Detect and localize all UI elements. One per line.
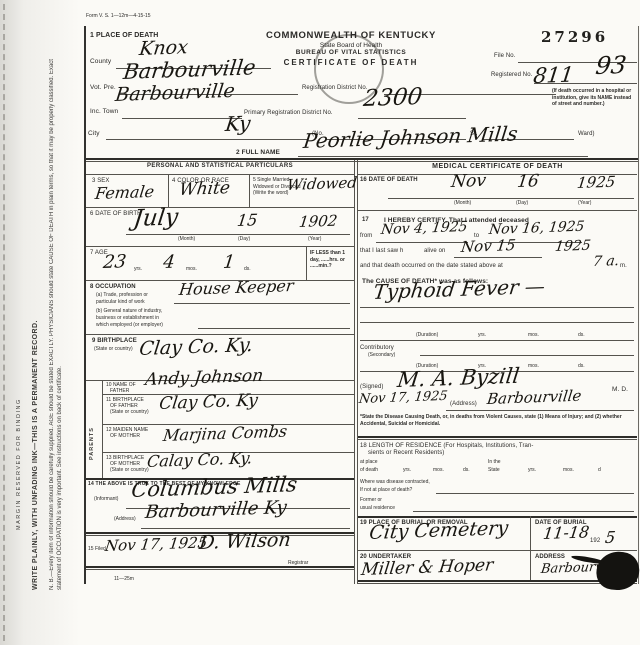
duration1-ds: ds.	[578, 332, 585, 339]
filed-date-value: Nov 17, 1925	[104, 533, 208, 555]
burial-place-value: City Cemetery	[368, 517, 509, 544]
registered-no-label: Registered No.	[491, 72, 532, 80]
certify-to-date: Nov 16, 1925	[488, 219, 585, 238]
date-of-death-month: Nov	[450, 171, 487, 192]
personal-title: PERSONAL AND STATISTICAL PARTICULARS	[86, 163, 354, 171]
birthplace-sublabel: (State or country)	[94, 346, 133, 353]
in-the-label-1: In the	[488, 459, 501, 466]
physician-signature: M. A. Byzill	[396, 364, 521, 392]
last-saw-label: that I last saw h	[360, 248, 403, 256]
city-value: Ky	[224, 111, 252, 136]
header-bureau: BUREAU OF VITAL STATISTICS	[226, 49, 476, 56]
death-occurred-label: and that death occurred on the date stat…	[360, 263, 503, 271]
former-label-1: Former or	[360, 497, 382, 504]
certify-from-date: Nov 4, 1925	[380, 219, 468, 238]
cause-of-death-value: Typhoid Fever —	[372, 274, 546, 304]
dod-day-sublabel: (Day)	[516, 200, 528, 207]
occupation-a-value: House Keeper	[178, 276, 295, 299]
header-board: State Board of Health	[226, 42, 476, 49]
torn-binding-edge	[3, 4, 5, 641]
father-birthplace-value: Clay Co. Ky	[158, 390, 259, 414]
inc-town-label: Inc. Town	[90, 108, 118, 116]
duration1-label: (Duration)	[416, 332, 438, 339]
dob-day-sublabel: (Day)	[238, 236, 250, 243]
occupation-label: 8 OCCUPATION	[90, 284, 136, 292]
dob-day-value: 15	[236, 210, 259, 230]
birthplace-label: 9 BIRTHPLACE	[92, 338, 137, 346]
duration1-yrs: yrs.	[478, 332, 486, 339]
file-no-label: File No.	[494, 53, 515, 61]
county-value: Knox	[138, 36, 189, 60]
race-value: White	[178, 178, 231, 200]
date-of-death-day: 16	[516, 171, 540, 192]
former-label-2: usual residence	[360, 505, 395, 512]
duration2-mos: mos.	[528, 363, 539, 370]
form-number: Form V. S. 1—12m—4-15-15	[86, 13, 151, 20]
residence-yrs-1: yrs.	[403, 467, 411, 474]
registration-district-label: Registration District No.	[302, 85, 368, 93]
informant-address-value: Barbourville Ky	[144, 497, 288, 523]
dod-year-sublabel: (Year)	[578, 200, 591, 207]
age-years-value: 23	[102, 251, 127, 273]
inc-town-value: Barbourville	[114, 80, 236, 106]
filed-label: 15 Filed	[88, 546, 106, 553]
birthplace-value: Clay Co. Ky.	[138, 334, 254, 360]
primary-registration-value: 2300	[362, 84, 424, 112]
full-name-label: 2 FULL NAME	[236, 149, 280, 157]
mother-maiden-value: Marjina Combs	[162, 422, 288, 445]
date-of-death-label: 16 DATE OF DEATH	[360, 177, 418, 185]
dob-month-value: July	[132, 204, 180, 232]
residence-yrs-2: yrs.	[528, 467, 536, 474]
age-yrs-unit: yrs.	[134, 266, 142, 273]
informant-address-label: (Address)	[114, 516, 136, 523]
residence-d-2: d	[598, 467, 601, 474]
age-months-value: 4	[162, 251, 176, 273]
duration1-mos: mos.	[528, 332, 539, 339]
burial-date-value: 11-18	[542, 522, 590, 543]
last-saw-date: Nov 15	[460, 236, 517, 256]
signed-address-value: Barbourville	[486, 387, 583, 408]
dob-year-sublabel: (Year)	[308, 236, 321, 243]
signed-address-label: (Address)	[450, 401, 477, 409]
medical-column: MEDICAL CERTIFICATE OF DEATH 16 DATE OF …	[358, 160, 637, 584]
margin-nb-note: N. B.—Every item of information should b…	[48, 38, 74, 590]
occupation-b-label-1: (b) General nature of industry,	[96, 308, 162, 315]
certify-from-label: from	[360, 233, 372, 241]
medical-title: MEDICAL CERTIFICATE OF DEATH	[358, 163, 637, 172]
death-time-m-label: m.	[620, 263, 627, 271]
in-the-label-2: State	[488, 467, 500, 474]
dob-year-value: 1902	[298, 212, 338, 231]
alive-on-label: alive on	[424, 248, 445, 256]
header-certificate-title: CERTIFICATE OF DEATH	[226, 58, 476, 67]
margin-binding-text: MARGIN RESERVED FOR BINDING	[16, 150, 22, 530]
form-footer-number: 11—25m	[114, 576, 134, 583]
age-ds-unit: ds.	[244, 266, 251, 273]
not-at-place-label: If not at place of death?	[360, 487, 412, 494]
sex-value: Female	[94, 182, 155, 203]
city-label: City	[88, 130, 100, 138]
death-time-value: 7 a.	[592, 253, 620, 270]
margin-write-plainly-text: WRITE PLAINLY, WITH UNFADING INK—THIS IS…	[32, 60, 39, 590]
residence-ds-1: ds.	[463, 467, 470, 474]
age-days-value: 1	[222, 251, 236, 273]
dod-month-sublabel: (Month)	[454, 200, 471, 207]
residence-mos-2: mos.	[563, 467, 574, 474]
burial-year-printed: 192	[590, 538, 600, 546]
parents-group-label: PARENTS	[89, 400, 95, 460]
certify-number: 17	[362, 217, 369, 225]
at-place-label-1: at place	[360, 459, 378, 466]
occupation-a-label-1: (a) Trade, profession or	[96, 292, 148, 299]
full-name-value: Peorlie Johnson Mills	[302, 121, 519, 153]
burial-year-digit: 5	[604, 528, 617, 547]
undertaker-value: Miller & Hoper	[360, 555, 494, 580]
occupation-b-label-2: business or establishment in	[96, 315, 159, 322]
city-ward-label: Ward)	[578, 131, 595, 139]
residence-label-2: sients or Recent Residents)	[368, 450, 444, 458]
mother-birthplace-value: Calay Co. Ky.	[146, 448, 254, 471]
residence-mos-1: mos.	[433, 467, 444, 474]
duration2-ds: ds.	[578, 363, 585, 370]
registered-no-value: 93	[594, 51, 628, 80]
occupation-b-label-3: which employed (or employer)	[96, 322, 163, 329]
marital-value: Widowed	[286, 173, 358, 194]
header-commonwealth: COMMONWEALTH OF KENTUCKY	[226, 30, 476, 41]
age-if-less-note: IF LESS than 1 day, ......hrs. or ......…	[310, 250, 352, 270]
cause-footnote: *State the Disease Causing Death, or, in…	[360, 414, 634, 427]
father-birthplace-label-3: (State or country)	[110, 409, 149, 416]
registrar-signature: D. Wilson	[198, 529, 292, 554]
county-label: County	[90, 58, 111, 66]
registration-district-value: 811	[532, 62, 575, 88]
vot-pre-value: Barbourville	[122, 55, 257, 84]
secondary-label: (Secondary)	[368, 352, 395, 359]
signed-date-value: Nov 17, 1925	[358, 389, 448, 407]
md-label: M. D.	[612, 386, 628, 394]
personal-column: PERSONAL AND STATISTICAL PARTICULARS 3 S…	[86, 160, 354, 584]
scanned-death-certificate: MARGIN RESERVED FOR BINDING WRITE PLAINL…	[0, 0, 640, 645]
certificate-body: COMMONWEALTH OF KENTUCKY State Board of …	[84, 26, 639, 584]
informant-label: (Informant)	[94, 496, 118, 503]
file-number-stamp: 27296	[541, 28, 608, 46]
mother-maiden-label-2: OF MOTHER	[110, 433, 140, 440]
at-place-label-2: of death	[360, 467, 378, 474]
date-of-death-year: 1925	[576, 173, 616, 192]
age-mos-unit: mos.	[186, 266, 197, 273]
hospital-note: (If death occurred in a hospital or inst…	[552, 88, 636, 108]
vot-pre-label: Vot. Pre.	[90, 84, 116, 92]
occupation-a-label-2: particular kind of work	[96, 299, 145, 306]
mother-birthplace-label-3: (State or country)	[110, 467, 149, 474]
last-saw-year: 1925	[554, 238, 592, 255]
contracted-label: Where was disease contracted,	[360, 479, 430, 486]
father-name-value: Andy Johnson	[144, 366, 264, 390]
dob-month-sublabel: (Month)	[178, 236, 195, 243]
primary-registration-label: Primary Registration District No.	[244, 110, 333, 118]
